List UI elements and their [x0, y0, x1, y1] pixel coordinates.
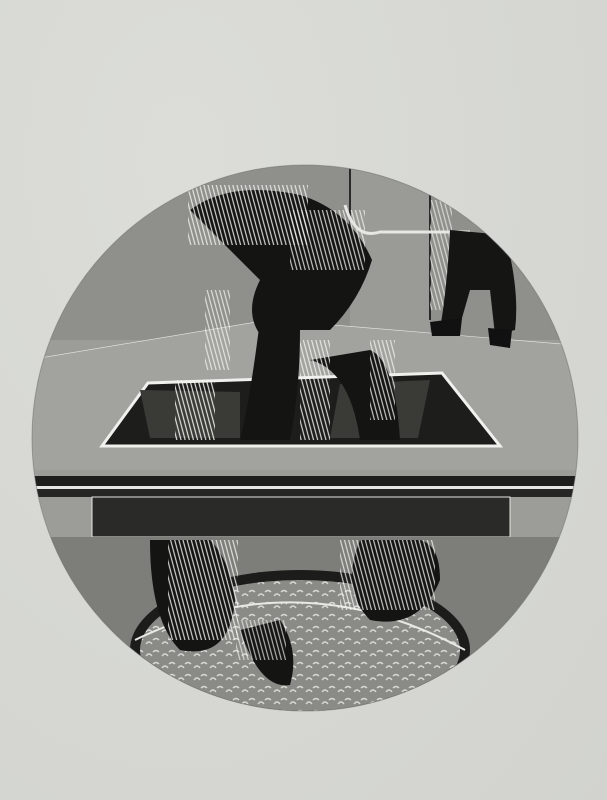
tondo-artwork — [0, 0, 607, 800]
scene — [30, 160, 590, 730]
